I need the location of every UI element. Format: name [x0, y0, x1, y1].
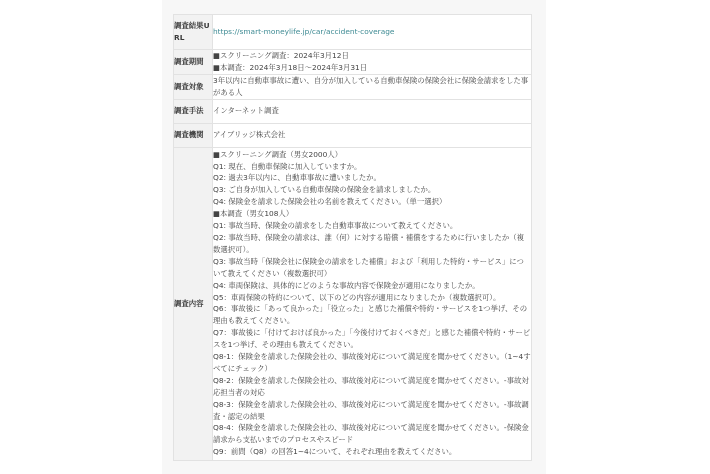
value-line: ■スクリーニング調査：2024年3月12日 [213, 50, 531, 62]
value-line: Q8-4：保険金を請求した保険会社の、事故後対応について満足度を聞かせてください… [213, 422, 531, 446]
value-line: Q1: 事故当時、保険金の請求をした自動車事故について教えてください。 [213, 220, 531, 232]
value-line: Q2: 過去3年以内に、自動車事故に遭いましたか。 [213, 172, 531, 184]
row-label: 調査内容 [174, 147, 213, 461]
row-label: 調査手法 [174, 99, 213, 123]
value-line: Q8-3：保険金を請求した保険会社の、事故後対応について満足度を聞かせてください… [213, 399, 531, 423]
row-value: ■スクリーニング調査（男女2000人） Q1: 現在、自動車保険に加入しています… [213, 147, 532, 461]
value-line: Q8-2：保険金を請求した保険会社の、事故後対応について満足度を聞かせてください… [213, 375, 531, 399]
value-line: ■スクリーニング調査（男女2000人） [213, 149, 531, 161]
row-label: 調査期間 [174, 50, 213, 75]
table-row: 調査結果URL https://smart-moneylife.jp/car/a… [174, 15, 532, 50]
value-line: 3年以内に自動車事故に遭い、自分が加入している自動車保険の保険会社に保険金請求を… [213, 75, 531, 99]
survey-overview-table: 調査結果URL https://smart-moneylife.jp/car/a… [173, 14, 532, 461]
value-line: Q8-1：保険金を請求した保険会社の、事故後対応について満足度を聞かせてください… [213, 351, 531, 375]
value-line: Q7：事故後に「付けておけば良かった」「今後付けておくべきだ」と感じた補償や特約… [213, 327, 531, 351]
row-value: 3年以内に自動車事故に遭い、自分が加入している自動車保険の保険会社に保険金請求を… [213, 74, 532, 99]
row-value: インターネット調査 [213, 99, 532, 123]
row-value: アイブリッジ株式会社 [213, 123, 532, 147]
row-label: 調査対象 [174, 74, 213, 99]
value-line: Q3: ご自身が加入している自動車保険の保険金を請求しましたか。 [213, 184, 531, 196]
value-line: Q4: 車両保険は、具体的にどのような事故内容で保険金が適用になりましたか。 [213, 280, 531, 292]
survey-result-link[interactable]: https://smart-moneylife.jp/car/accident-… [213, 26, 531, 38]
row-value: ■スクリーニング調査：2024年3月12日 ■本調査：2024年3月18日～20… [213, 50, 532, 75]
value-line: Q2: 事故当時、保険金の請求は、誰（何）に対する賠償・補償をするために行いまし… [213, 232, 531, 256]
value-line: Q1: 現在、自動車保険に加入していますか。 [213, 161, 531, 173]
table-row: 調査期間 ■スクリーニング調査：2024年3月12日 ■本調査：2024年3月1… [174, 50, 532, 75]
value-line: Q3: 事故当時「保険会社に保険金の請求をした補償」および「利用した特約・サービ… [213, 256, 531, 280]
row-label: 調査結果URL [174, 15, 213, 50]
value-line: Q9：前問（Q8）の回答1~4について、それぞれ理由を教えてください。 [213, 446, 531, 458]
row-value: https://smart-moneylife.jp/car/accident-… [213, 15, 532, 50]
row-label: 調査機関 [174, 123, 213, 147]
value-line: ■本調査（男女108人） [213, 208, 531, 220]
table-row: 調査手法 インターネット調査 [174, 99, 532, 123]
value-line: Q4: 保険金を請求した保険会社の名前を教えてください。（単一選択） [213, 196, 531, 208]
table-row: 調査機関 アイブリッジ株式会社 [174, 123, 532, 147]
value-line: Q6：事故後に「あって良かった」「役立った」と感じた補償や特約・サービスを1つ挙… [213, 303, 531, 327]
table-row: 調査対象 3年以内に自動車事故に遭い、自分が加入している自動車保険の保険会社に保… [174, 74, 532, 99]
value-line: アイブリッジ株式会社 [213, 129, 531, 141]
value-line: ■本調査：2024年3月18日～2024年3月31日 [213, 62, 531, 74]
value-line: Q5：車両保険の特約について、以下のどの内容が適用になりましたか（複数選択可）。 [213, 292, 531, 304]
value-line: インターネット調査 [213, 105, 531, 117]
table-row: 調査内容 ■スクリーニング調査（男女2000人） Q1: 現在、自動車保険に加入… [174, 147, 532, 461]
